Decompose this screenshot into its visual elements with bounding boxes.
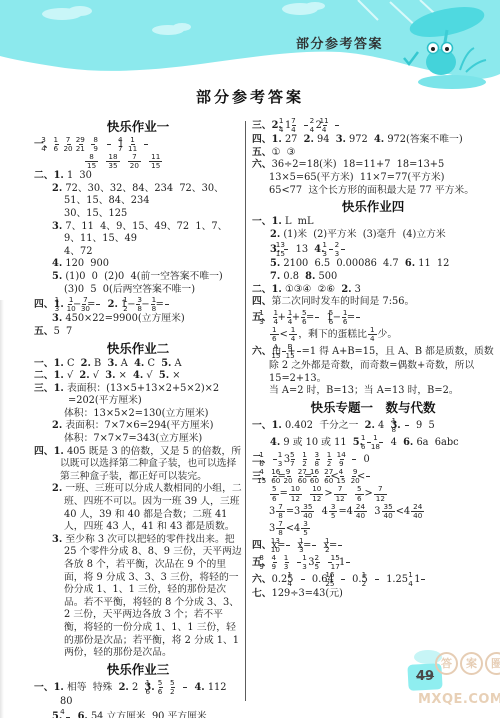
fraction: 3540 <box>301 503 314 520</box>
header-illustration <box>0 0 500 92</box>
answer-line: 二、1. √ 2. √ 3. × 4. √ 5. × <box>34 370 242 383</box>
header-band: 部分参考答案 <box>0 0 500 92</box>
section-heading: 快乐作业三 <box>34 661 242 678</box>
answer-line: 4. 9 或 10 或 11 5. 16 118 4 6. 6a 6abc <box>252 434 494 451</box>
fraction: 52 <box>183 679 187 696</box>
answer-line: 五、① ③ <box>252 147 494 160</box>
answer-line: 3. 7、11 4、9、15、49、72 1、7、9、11、15、49 <box>34 221 242 246</box>
watermark-site: MXQE.COM <box>418 692 500 707</box>
fraction: 3540 <box>382 503 395 520</box>
fraction: 1517 <box>346 554 350 571</box>
answer-line: 一、1. 0.402 千分之一 2. 4 3. 18 9 5 <box>252 417 494 434</box>
answer-line: 3. 1315 13 4. 13 23 <box>252 241 494 258</box>
answer-line: 一、1. 相等 特殊 2. 2 3. 16 56 52 4. 112 80 <box>34 679 242 709</box>
answer-line: 三、415=1660 920=2760 1660<2760 415<920 <box>252 468 494 485</box>
answer-line: 当 A=2 时，B=13；当 A=13 时，B=2。 <box>252 385 494 398</box>
answer-line: 2. (1)米 (2)平方米 (3)毫升 (4)立方米 <box>252 229 494 242</box>
answer-line: 六、由A15+B15=1 得 A+B=15，且 A、B 都是质数，质数除 2 之… <box>252 343 494 385</box>
fraction: 89 <box>107 136 111 153</box>
answer-line: 五、13+14+14=56 1−56=16 <box>252 309 494 326</box>
answer-line: 一、34 16 720 2921 89 1 47 111 <box>34 136 242 153</box>
fraction: 13 <box>329 241 333 258</box>
answer-line: 一、1. C 2. B 3. A 4. C 5. A <box>34 358 242 371</box>
answer-line: 一、1. L mL <box>252 216 494 229</box>
fraction: 14 <box>368 326 377 343</box>
fraction: 730 <box>96 296 100 313</box>
answer-line: 7. 0.8 8. 500 <box>252 271 494 284</box>
fraction: 14 <box>421 571 425 588</box>
fraction: 14 <box>301 571 305 588</box>
answer-line: 五、5 7 <box>34 326 242 339</box>
fraction: 12 <box>338 537 342 554</box>
fraction: 23 <box>341 241 345 258</box>
answer-line: 4. 120 900 <box>34 258 242 271</box>
answer-line: 四、第二次同时发车的时间是 7:56。 <box>252 296 494 309</box>
left-column: 快乐作业一一、34 16 720 2921 89 1 47 111815 183… <box>34 117 242 718</box>
answer-line: 13×5=65(平方米) 11×7=77(平方米) <box>252 172 494 185</box>
answer-line: 378<435 <box>252 520 494 537</box>
answer-line: 3. 至少称 3 次可以把轻的零件找出来。把 25 个零件分成 8、8、9 三份… <box>34 534 242 660</box>
fraction: 1315 <box>284 241 288 258</box>
answer-line: 六、0.25 14 0.64 1625 0.5 12 1.25 114 <box>252 571 494 588</box>
fraction: 78 <box>276 503 285 520</box>
watermark-logo: 答案圈 <box>434 652 500 675</box>
fraction: 1835 <box>106 153 119 170</box>
column-divider <box>245 121 246 701</box>
fraction: 16 <box>270 326 279 343</box>
answer-line: 30、15、125 <box>34 208 242 221</box>
fraction: 114 <box>335 117 339 134</box>
fraction: 1625 <box>341 571 345 588</box>
fraction: 720 <box>128 153 141 170</box>
fraction: 149 <box>352 451 356 468</box>
answer-line: 3. 450×22=9900(立方厘米) <box>34 313 242 326</box>
answer-line: 5. (1)0 0 (2)0 4(前一空答案不唯一) <box>34 271 242 284</box>
fraction: 78 <box>276 520 285 537</box>
fraction: 2440 <box>411 503 424 520</box>
answer-line: 16<14，剩下的蛋糕比14少。 <box>252 326 494 343</box>
fraction: 2440 <box>354 503 367 520</box>
answer-line: 四、x=1310 x=13 x=12 <box>252 537 494 554</box>
answer-line: 56=1012 1012>712 56>712 <box>252 485 494 502</box>
band-title: 部分参考答案 <box>296 33 383 52</box>
fraction: 35 <box>329 503 338 520</box>
watermark-logo-char: 答 <box>435 652 458 675</box>
answer-line: 六、36÷2=18(米) 18=11+7 18=13+5 <box>252 159 494 172</box>
fraction: 74 <box>304 117 308 134</box>
fraction: 18 <box>405 417 409 434</box>
fraction: 712 <box>374 485 387 502</box>
answer-line: =202(平方厘米) <box>34 395 242 408</box>
section-heading: 快乐作业一 <box>34 118 242 135</box>
answer-line: 4、72 <box>34 246 242 259</box>
answer-line: 四、1. 405 既是 3 的倍数，又是 5 的倍数，所以既可以选择第二种盒子装… <box>34 446 242 484</box>
fraction: 49 <box>66 708 70 718</box>
watermark-logo-char: 圈 <box>485 652 500 675</box>
fraction: 12 <box>375 571 379 588</box>
section-heading: 快乐专题一 数与代数 <box>252 399 494 416</box>
answer-line: 四、1. 27 2. 94 3. 972 4. 972(答案不唯一) <box>252 134 494 147</box>
fraction: 56 <box>315 309 319 326</box>
section-heading: 快乐作业二 <box>34 340 242 357</box>
answer-line: 378=33540 435=42440 33540<42440 <box>252 503 494 520</box>
fraction: 1012 <box>289 485 302 502</box>
fraction: 14 <box>289 326 298 343</box>
fraction: 111 <box>144 136 148 153</box>
fraction: 1115 <box>149 153 162 170</box>
answer-line: 2. 表面积：7×7×6=294(平方厘米) <box>34 420 242 433</box>
answer-line: 5. 49 6. 54 立方厘米 90 平方厘米 <box>34 708 242 718</box>
fraction: 16 <box>356 309 360 326</box>
section-heading: 快乐作业四 <box>252 198 494 215</box>
page-edge-shadow <box>0 300 4 718</box>
fraction: 815 <box>85 153 98 170</box>
answer-line: 体积：7×7×7=343(立方厘米) <box>34 433 242 446</box>
answer-line: 815 1835 720 1115 <box>34 153 242 170</box>
answer-line: 四、1. 13−110=730 2. 1−12−38=18 <box>34 296 242 313</box>
fraction: 712 <box>334 485 347 502</box>
right-column: 三、2. 114 74 224 114四、1. 27 2. 94 3. 972 … <box>252 117 494 601</box>
answer-line: 二、16 313 57 12 38 12 149 0 <box>252 451 494 468</box>
watermark-logo-char: 案 <box>460 652 483 675</box>
answer-line: 2. 一班、三班可以分成人数相同的小组，二班、四班不可以。因为一班 39 人，三… <box>34 483 242 533</box>
fraction: 920 <box>366 468 370 485</box>
fraction: B15 <box>297 343 301 360</box>
fraction: 1012 <box>310 485 323 502</box>
answer-line: 二、1. ①③④ ②⑥ 2. 3 <box>252 284 494 297</box>
fraction: 16 <box>273 451 277 468</box>
answer-line: 三、1. 表面积：(13×5+13×2+5×2)×2 <box>34 383 242 396</box>
fraction: 1310 <box>286 537 290 554</box>
answer-line: 七、129÷3=43(元) <box>252 588 494 601</box>
fraction: 56 <box>355 485 364 502</box>
content-area: 快乐作业一一、34 16 720 2921 89 1 47 111815 183… <box>0 117 500 713</box>
answer-line: 5. 2100 6.5 0.00086 4.7 6. 11 12 <box>252 258 494 271</box>
fraction: 18 <box>165 296 169 313</box>
page-title: 部分参考答案 <box>0 86 500 107</box>
answer-line: 65<77 这个长方形的面积最大是 77 平方米。 <box>252 185 494 198</box>
answer-line: 二、1. 1 30 <box>34 170 242 183</box>
fraction: 118 <box>379 434 383 451</box>
answer-line: 2. 72、30、32、84、234 72、30、51、15、84、234 <box>34 183 242 208</box>
fraction: 35 <box>301 520 310 537</box>
fraction: 56 <box>270 485 279 502</box>
fraction: 13 <box>312 537 316 554</box>
answer-line: 体积：13×5×2=130(立方厘米) <box>34 408 242 421</box>
answer-line: 三、2. 114 74 224 114 <box>252 117 494 134</box>
answer-line: 五、89 49 13 313 25 11517 <box>252 554 494 571</box>
fraction: 13 <box>297 554 301 571</box>
